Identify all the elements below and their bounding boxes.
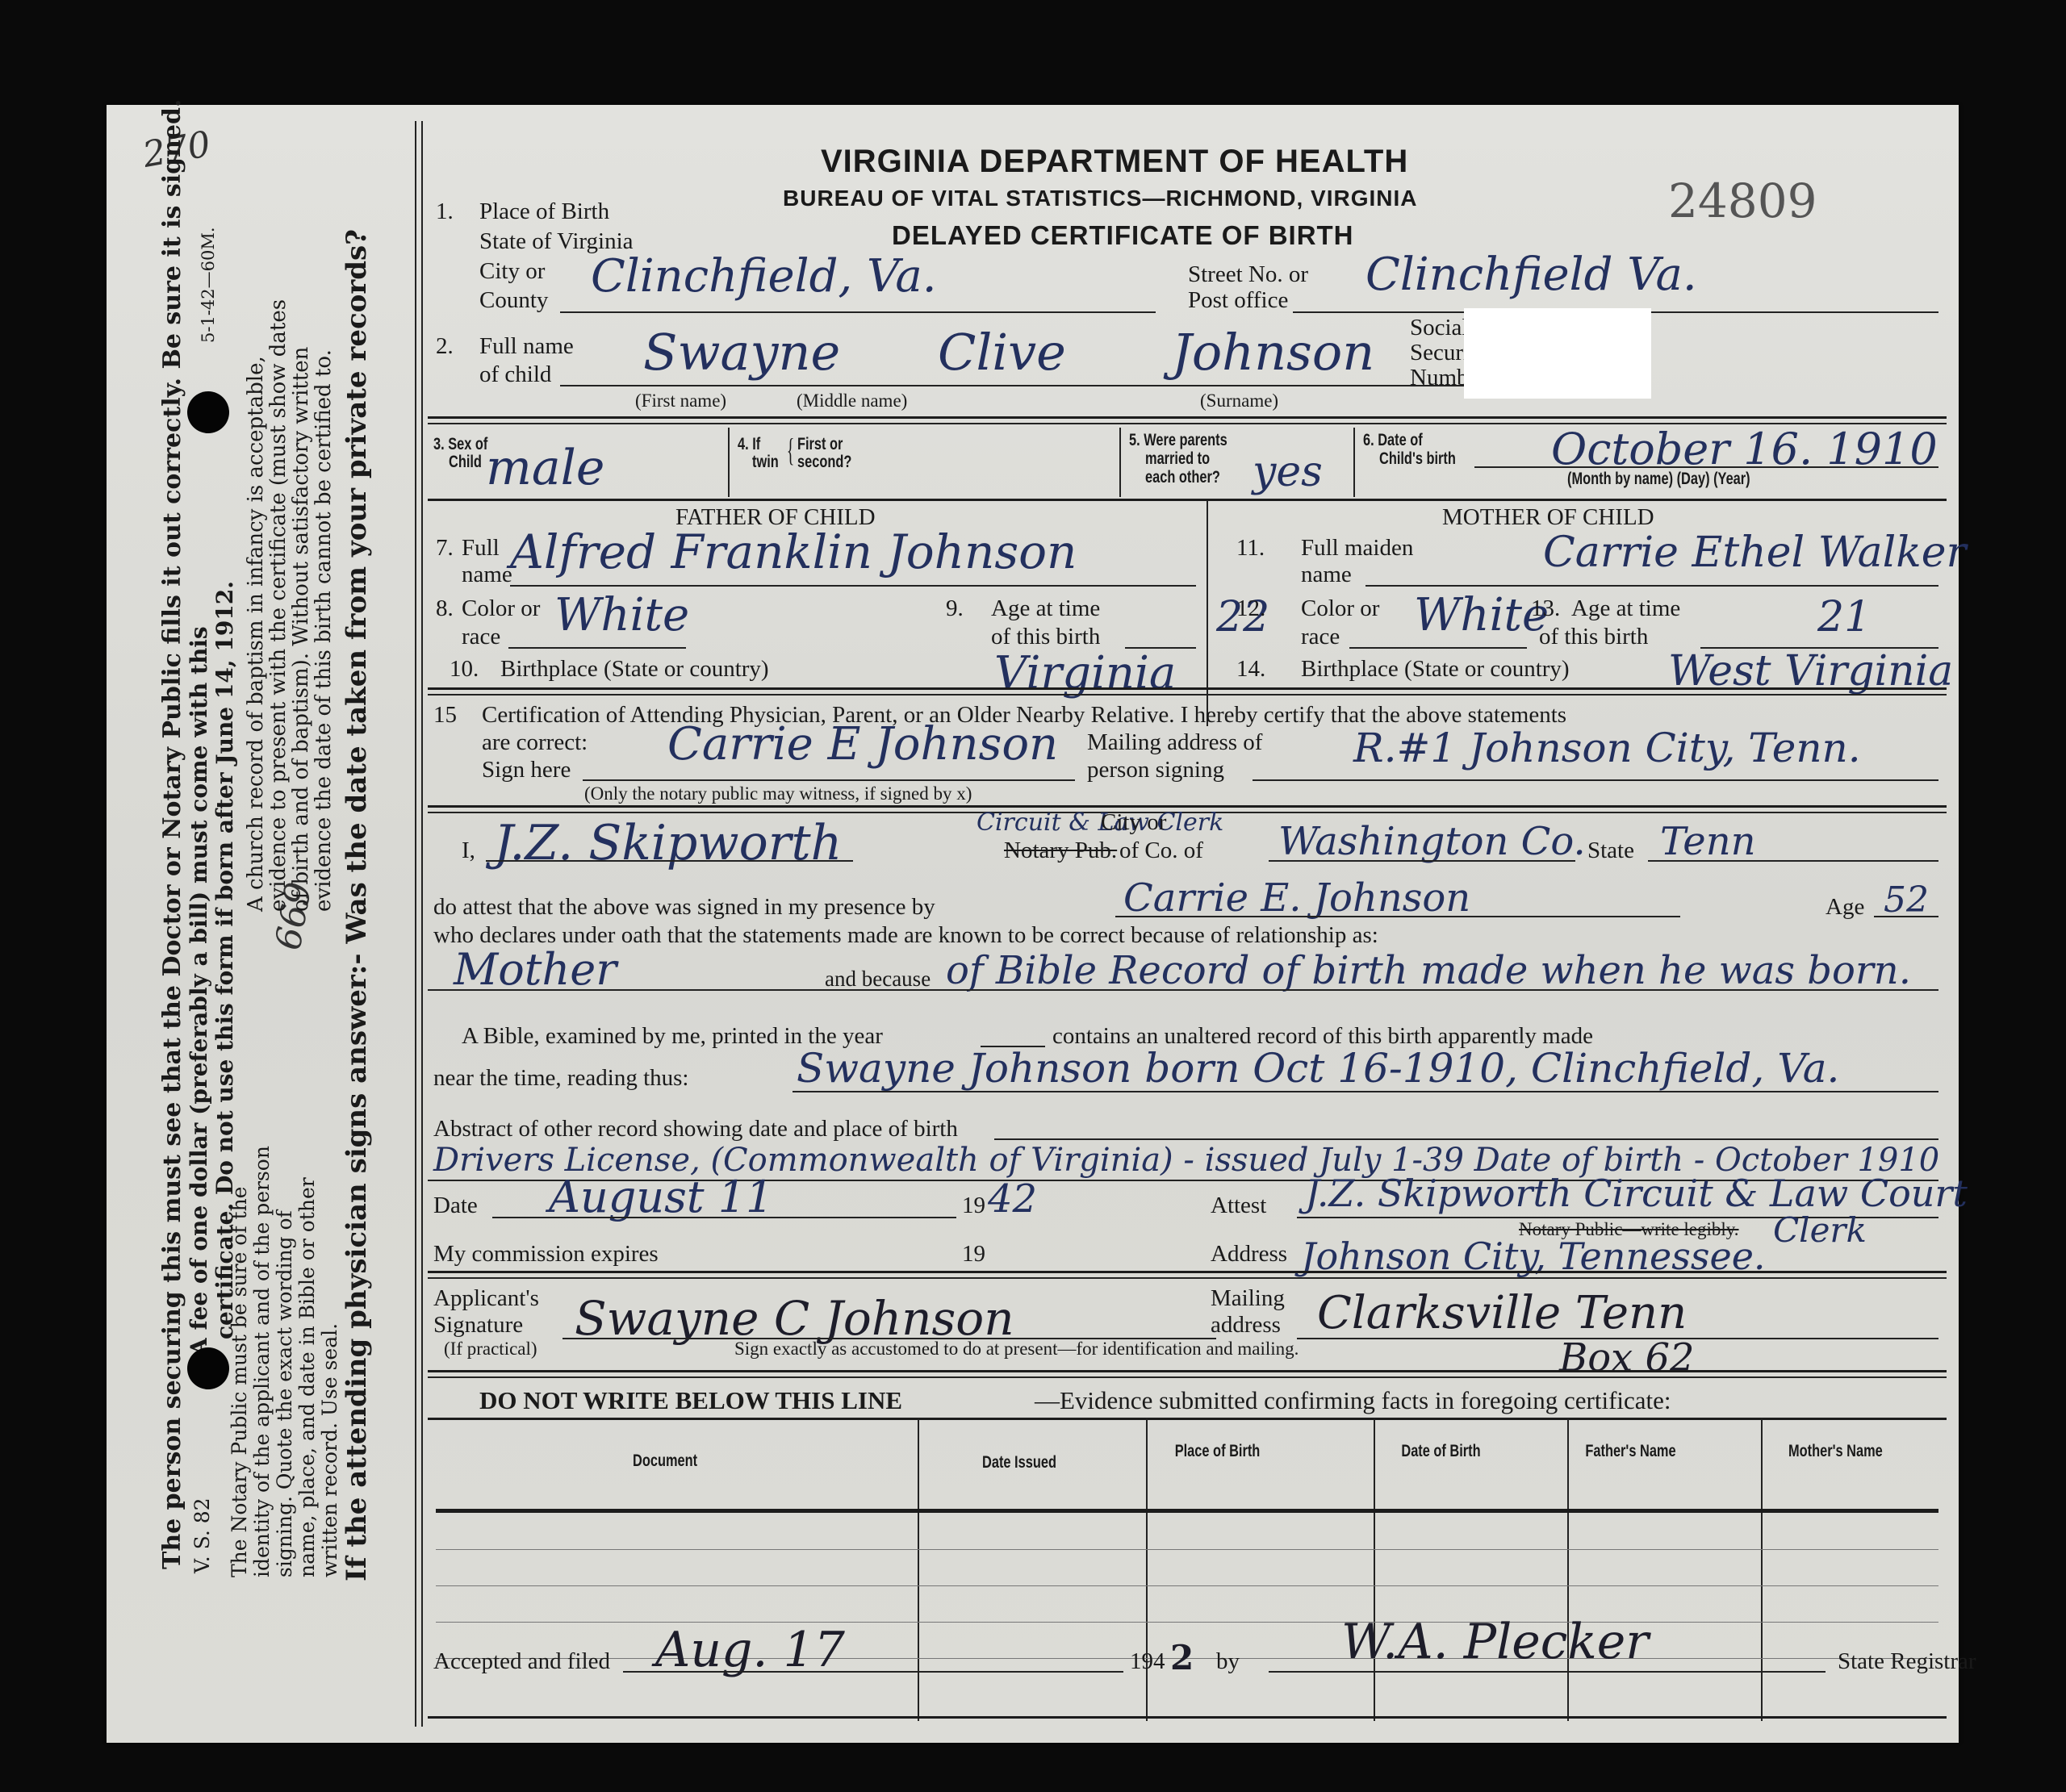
col-divider-5 [1761,1418,1763,1721]
margin-physician-question: If the attending physician signs answer:… [341,229,373,1581]
street-label: Street No. or [1188,263,1308,286]
i-label: I, [462,839,475,863]
rule-after-name [428,416,1947,419]
rule-after-cert15 [428,805,1947,808]
married-label-2: married to [1145,450,1210,468]
father-race-underline [508,647,686,649]
surname-caption: (Surname) [1200,391,1278,410]
attest-value: J.Z. Skipworth Circuit & Law Court [1305,1172,1968,1215]
brace-icon: { [787,434,795,466]
mother-race-label-1: Color or [1301,597,1379,620]
county-label: County [479,289,548,312]
because-underline [428,989,1938,991]
accepted-filed-label: Accepted and filed [433,1650,610,1673]
married-label-3: each other? [1145,469,1220,487]
accepted-underline [623,1671,1123,1673]
notary-name-underline [486,860,853,862]
state-label-2: State [1587,839,1634,863]
father-birthplace-label: Birthplace (State or country) [500,658,769,681]
married-label-1: 5. Were parents [1129,432,1227,449]
mother-age-label-1: Age at time [1571,597,1680,620]
do-not-write-heading: DO NOT WRITE BELOW THIS LINE [479,1388,902,1413]
age-label: Age [1826,896,1864,919]
col-divider-1 [918,1418,919,1721]
child-middle-name: Clive [938,323,1066,382]
mother-birthplace-label: Birthplace (State or country) [1301,658,1570,681]
birth-certificate-document: 270 669 The person securing this must se… [107,105,1959,1743]
dob-label-2: Child's birth [1379,450,1456,468]
notary-state-value: Tenn [1660,819,1756,864]
col-divider-4 [1567,1418,1569,1721]
rule-before-evidence-2 [428,1376,1947,1378]
registrar-underline [1269,1671,1826,1673]
certifier-signature: Carrie E Johnson [667,718,1058,771]
county-underline [560,311,1156,313]
father-birthplace-value: Virginia [994,647,1176,700]
item-1-number: 1. [436,200,454,223]
date-year-value: 42 [988,1176,1037,1222]
dob-label-1: 6. Date of [1363,432,1423,449]
middle-name-caption: (Middle name) [797,391,907,410]
applicant-label-1: Applicant's [433,1287,539,1310]
abstract-underline [994,1138,1938,1140]
margin-form-code-vs: V. S. 82 [190,1498,214,1573]
signed-by-value: Carrie E. Johnson [1123,875,1470,921]
reading-thus-label: near the time, reading thus: [433,1067,688,1090]
sex-label-1: 3. Sex of [433,436,487,453]
attest-label: Attest [1211,1194,1266,1218]
rule-after-notary-2 [428,1277,1947,1279]
twin-label-2: twin [752,453,779,471]
applicant-label-2: Signature [433,1314,523,1337]
mother-name-label-1: Full maiden [1301,537,1413,560]
sex-label-2: Child [449,453,482,471]
margin-notary-instr-4: name, place, and date in Bible or other [295,1177,319,1577]
place-of-birth-label: Place of Birth [479,200,609,223]
applicant-mailing-label-1: Mailing [1211,1287,1285,1310]
accepted-date-value: Aug. 17 [655,1622,845,1678]
applicant-box-value: Box 62 [1559,1335,1695,1381]
notary-witness-caption: (Only the notary public may witness, if … [584,784,972,803]
twin-label-1: 4. If [738,436,760,453]
mailing-underline [1253,779,1938,781]
post-office-label: Post office [1188,289,1288,312]
father-name-label-2: name [462,563,512,587]
attest-text: do attest that the above was signed in m… [433,896,935,919]
child-first-name: Swayne [643,323,840,382]
mailing-address-label-1: Mailing address of [1087,731,1262,754]
signer-age-value: 52 [1884,879,1929,921]
row3-divider-3 [1353,428,1355,497]
col-header-place-of-birth: Place of Birth [1170,1443,1265,1460]
margin-notary-instr-1: The Notary Public must be sure of the [228,1187,251,1577]
col-header-fathers-name: Father's Name [1583,1443,1678,1460]
full-name-underline [560,385,1496,386]
father-age-label-2: of this birth [991,625,1100,649]
age-underline [1874,916,1938,917]
mother-name-value: Carrie Ethel Walker [1543,528,1966,577]
full-name-label: Full name [479,335,574,358]
margin-church-instr-3: of birth and of baptism). Without satisf… [289,347,313,912]
evidence-heading-rest: —Evidence submitted confirming facts in … [1035,1388,1671,1413]
father-name-underline [510,585,1196,587]
registrar-signature: W.A. Plecker [1341,1614,1649,1670]
applicant-mailing-label-2: address [1211,1314,1281,1337]
and-because-label: and because [825,968,931,990]
father-race-value: White [554,589,689,641]
twin-question-2: second? [797,453,851,471]
margin-notary-instr-5: written record. Use seal. [318,1323,341,1577]
commission-label: My commission expires [433,1243,659,1266]
accepted-year-suffix: 2 [1170,1638,1194,1677]
margin-church-instr-2: evidence to present with the certificate… [266,299,291,912]
relationship-value: Mother [454,944,617,995]
sex-value: male [486,440,604,496]
reading-underline [793,1091,1938,1092]
father-name-value: Alfred Franklin Johnson [510,524,1077,579]
margin-print-code: 5-1-42—60M. [199,227,218,343]
col-divider-3 [1374,1418,1375,1721]
commission-year-prefix: 19 [962,1243,985,1266]
ssn-redaction [1464,308,1651,399]
city-county-value: Clinchfield, Va. [591,250,937,303]
mother-age-value: 21 [1817,593,1871,641]
col-header-date-of-birth: Date of Birth [1394,1443,1488,1460]
margin-church-instr-4: evidence the date of this birth cannot b… [312,349,336,912]
of-co-label: of Co. of [1119,839,1203,863]
father-name-label-1: Full [462,537,500,560]
mailing-address-label-2: person signing [1087,758,1224,782]
mother-name-underline [1365,585,1938,587]
evidence-row-line-1 [436,1549,1938,1550]
bible-reading-value: Swayne Johnson born Oct 16-1910, Clinchf… [797,1045,1839,1092]
county-underline-2 [1269,860,1575,862]
accepted-year-prefix: 194 [1130,1650,1165,1673]
col-header-mothers-name: Mother's Name [1785,1443,1886,1460]
dob-underline [1474,466,1938,468]
father-race-label-2: race [462,625,500,649]
item-9-number: 9. [946,597,964,620]
father-race-label-1: Color or [462,597,540,620]
post-office-value: Clinchfield Va. [1365,249,1697,301]
dob-caption: (Month by name) (Day) (Year) [1567,470,1750,488]
evidence-row-line-2 [436,1585,1938,1586]
mother-name-label-2: name [1301,563,1352,587]
child-surname: Johnson [1172,323,1374,382]
city-or-label-2: City or [1101,811,1166,834]
rule-before-evidence [428,1370,1947,1372]
margin-divider-2 [421,121,423,1727]
date-year-prefix: 19 [962,1194,985,1218]
certificate-number: 24809 [1668,178,1817,224]
col-divider-2 [1146,1418,1148,1721]
item-12-number: 12. [1236,597,1265,620]
item-13-number: 13. [1531,597,1560,620]
are-correct-label: are correct: [482,731,588,754]
mother-race-underline [1349,647,1527,649]
date-underline [492,1217,956,1218]
margin-divider [415,121,416,1727]
bureau-subtitle: BUREAU OF VITAL STATISTICS—RICHMOND, VIR… [783,187,1417,210]
mother-age-label-2: of this birth [1539,625,1648,649]
col-header-date-issued: Date Issued [982,1454,1056,1472]
by-label: by [1216,1650,1240,1673]
margin-notary-instr-2: identity of the applicant and of the per… [250,1146,274,1577]
evidence-table-top [428,1418,1947,1420]
margin-instruction-line1: The person securing this must see that t… [158,99,186,1569]
signed-by-underline [1115,916,1680,917]
margin-fee-line: A fee of one dollar (preferably a bill) … [186,626,212,1355]
notary-date-value: August 11 [549,1172,773,1222]
certificate-title: DELAYED CERTIFICATE OF BIRTH [892,222,1354,249]
of-child-label: of child [479,363,551,386]
margin-church-instr-1: A church record of baptism in infancy is… [244,356,268,912]
father-age-label-1: Age at time [991,597,1100,620]
rule-before-footer [428,1716,1947,1719]
rule-after-notary [428,1271,1947,1273]
item-14-number: 14. [1236,658,1265,681]
row3-divider-1 [728,428,730,497]
item-7-number: 7. [436,537,454,560]
married-value: yes [1253,448,1323,496]
notary-county-value: Washington Co. [1278,819,1586,864]
city-or-label: City or [479,260,545,283]
rule-after-parents-2 [428,694,1947,695]
item-11-number: 11. [1236,537,1265,560]
col-header-document: Document [633,1452,697,1470]
mother-race-value: White [1414,589,1549,641]
row3-divider-2 [1119,428,1121,497]
sign-exactly-instruction: Sign exactly as accustomed to do at pres… [734,1339,1299,1358]
because-value: of Bible Record of birth made when he wa… [946,948,1911,993]
abstract-label: Abstract of other record showing date an… [433,1117,958,1141]
state-registrar-label: State Registrar [1838,1650,1976,1673]
mother-race-label-2: race [1301,625,1340,649]
parents-divider [1207,500,1208,726]
if-practical-label: (If practical) [444,1339,537,1358]
punch-hole-top [187,391,229,433]
first-name-caption: (First name) [635,391,726,410]
margin-notary-instr-3: signing. Quote the exact wording of [273,1210,296,1577]
notary-name: J.Z. Skipworth [494,815,842,871]
sign-here-label: Sign here [482,758,571,782]
mother-heading: MOTHER OF CHILD [1442,506,1654,529]
dept-title: VIRGINIA DEPARTMENT OF HEALTH [821,145,1408,178]
punch-hole-bottom [187,1347,229,1389]
date-label: Date [433,1194,478,1218]
item-15-number: 15 [433,704,457,727]
certifier-mailing-address: R.#1 Johnson City, Tenn. [1353,725,1861,771]
clerk-handwritten: Clerk [1773,1210,1867,1250]
state-underline [1648,860,1938,862]
notary-pub-struck: Notary Pub. [1004,839,1117,863]
signature-underline [583,779,1075,781]
evidence-header-rule [436,1509,1938,1513]
twin-question-1: First or [797,436,843,453]
rule-after-row3 [428,499,1947,501]
item-2-number: 2. [436,335,454,358]
address-label: Address [1211,1243,1287,1266]
ssn-label-1: Social [1410,316,1469,340]
item-10-number: 10. [450,658,479,681]
rule-after-parents [428,687,1947,690]
item-8-number: 8. [436,597,454,620]
applicant-mailing-value: Clarksville Tenn [1317,1287,1687,1339]
